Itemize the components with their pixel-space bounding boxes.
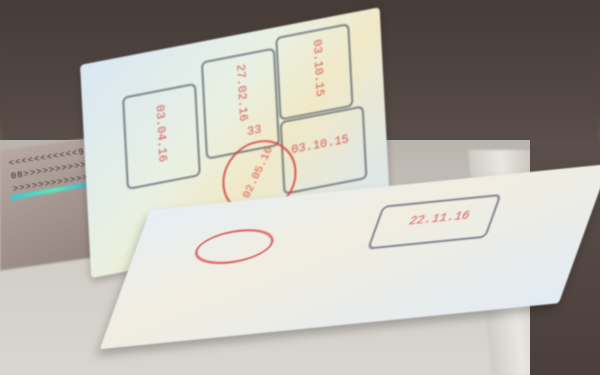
stamp-date: 02.05.16 [241, 146, 276, 200]
stamp-date: 22.11.16 [407, 208, 472, 228]
stamp-date: 03.10.15 [291, 132, 349, 157]
exit-stamp: 03.10.15 [275, 23, 353, 121]
oval-stamp [190, 226, 279, 268]
entry-stamp: 03.04.16 [122, 83, 201, 190]
stamp-date: 27.02.16 [233, 63, 250, 123]
entry-stamp: 22.11.16 [367, 194, 502, 250]
stamp-date: 03.10.15 [310, 38, 327, 98]
stamp-date: 03.04.16 [153, 104, 170, 164]
stamp-number: 33 [247, 122, 262, 139]
